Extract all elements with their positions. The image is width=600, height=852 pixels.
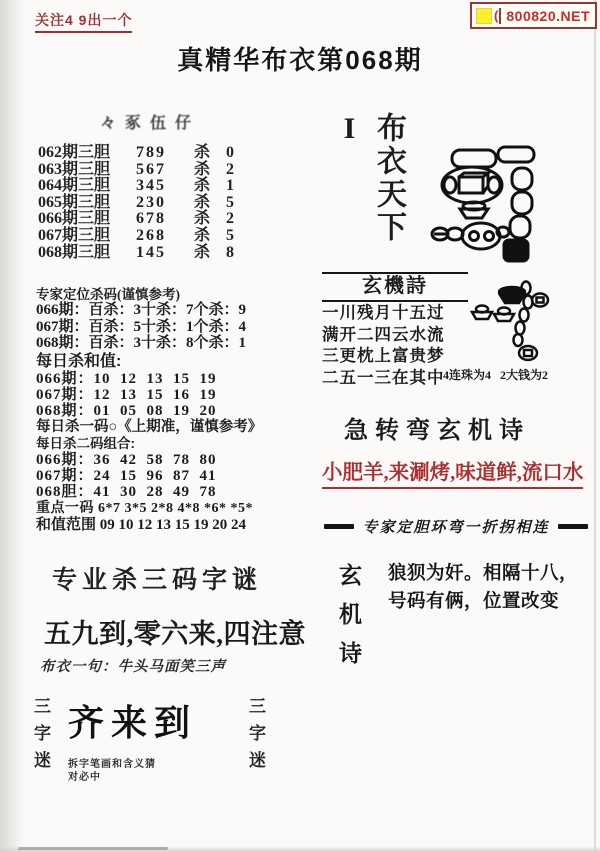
three-char-center: 齐来到 拆字笔画和含义猜 对必中 — [68, 693, 228, 803]
table-row: 068期三胆145杀 8 — [38, 245, 240, 262]
number-cell: 230 — [136, 195, 194, 212]
site-badge-url: 800820.NET — [499, 8, 595, 24]
daily-sum-row: 067期：12 13 15 16 19 — [36, 387, 326, 403]
table-row: 064期三胆345杀 1 — [38, 178, 240, 195]
calligraphy-header: 々豖伍仔 — [100, 110, 200, 133]
number-cell: 145 — [136, 245, 194, 262]
kill-cell: 杀 2 — [194, 211, 240, 228]
buyi-sentence: 布衣一句：牛头马面笑三声 — [40, 655, 226, 676]
three-char-riddle-box: 三字迷 齐来到 拆字笔画和含义猜 对必中 三字迷 — [28, 693, 268, 803]
daily-sum-row: 066期：10 12 13 15 19 — [36, 371, 326, 387]
three-char-note-line1: 拆字笔画和含义猜 — [68, 758, 228, 771]
poem-line: 一川残月十五过 — [322, 302, 468, 324]
poem-line: 三更枕上富贵梦 — [322, 345, 468, 367]
three-char-answer: 齐来到 — [68, 695, 228, 746]
mystery2-line2: 号码有俩，位置改变 — [388, 588, 593, 616]
divider-bar-left — [324, 524, 354, 529]
kill-cell: 杀 5 — [194, 228, 240, 245]
kill-cell: 杀 8 — [194, 245, 240, 262]
daily-two-header: 每日杀二码组合: — [36, 436, 326, 452]
scan-smudge — [18, 847, 168, 850]
three-char-label-left: 三字迷 — [28, 697, 53, 797]
kill-cell: 杀 5 — [194, 195, 240, 212]
position-kill-row: 068期：百杀：3十杀：8个杀：1 — [36, 335, 326, 352]
number-cell: 268 — [136, 228, 194, 245]
number-cell: 567 — [136, 162, 194, 179]
kill-cell: 杀 0 — [194, 145, 240, 162]
divider-bar-right — [558, 524, 588, 529]
number-cell: 678 — [136, 211, 194, 228]
period-cell: 067期三胆 — [38, 228, 136, 245]
mystery-poem-header: 玄機詩 — [322, 272, 468, 302]
period-cell: 064期三胆 — [38, 178, 136, 195]
table-row: 067期三胆268杀 5 — [38, 228, 240, 245]
number-cell: 345 — [136, 178, 194, 195]
mystery2-text: 狼狈为奸。相隔十八， 号码有俩，位置改变 — [388, 560, 593, 616]
yellow-swatch-icon — [476, 8, 492, 24]
riddle-line: 五九到,零六来,四注意 — [44, 612, 306, 651]
divider-note: 专家定胆环弯一折拐相连 — [362, 516, 549, 537]
rebus-graphic-large — [428, 136, 538, 264]
brand-vertical-title: 布衣天下I — [332, 112, 410, 272]
kill-cell: 杀 2 — [194, 162, 240, 179]
daily-two-row: 067期：24 15 96 87 41 — [36, 468, 326, 484]
period-cell: 062期三胆 — [38, 145, 136, 162]
period-cell: 066期三胆 — [38, 211, 136, 228]
period-cell: 068期三胆 — [38, 245, 136, 262]
daily-two-row: 066期：36 42 58 78 80 — [36, 452, 326, 468]
position-kill-row: 067期：百杀：5十杀：1个杀：4 — [36, 319, 326, 336]
scanned-lottery-sheet: 关注4 9出一个 ( 800820.NET 真精华布衣第068期 々豖伍仔 06… — [0, 0, 600, 852]
table-row: 063期三胆567杀 2 — [38, 162, 240, 179]
table-row: 066期三胆678杀 2 — [38, 211, 240, 228]
mystery2-line1: 狼狈为奸。相隔十八， — [388, 560, 593, 588]
turn-poem-title: 急转弯玄机诗 — [344, 410, 530, 445]
key-one-code-line: 重点一码 6*7 3*5 2*8 4*8 *6* *5* — [36, 501, 326, 518]
site-badge-prefix: ( — [494, 8, 498, 23]
site-badge: ( 800820.NET — [470, 2, 597, 29]
period-cell: 065期三胆 — [38, 195, 136, 212]
daily-one-code-line: 每日杀一码○《上期准，谨慎参考》 — [36, 419, 326, 436]
number-cell: 789 — [136, 145, 194, 162]
turn-poem-red-line: 小肥羊,来涮烤,味道鲜,流口水 — [322, 455, 583, 489]
daily-sum-header: 每日杀和值: — [36, 352, 326, 371]
mystery2-vertical-title: 玄机诗 — [332, 563, 365, 743]
table-row: 062期三胆789杀 0 — [38, 145, 240, 162]
kill-analysis-section: 专家定位杀码(谨慎参考) 066期：百杀：3十杀：7个杀：9 067期：百杀：5… — [36, 287, 326, 534]
dan-history-table: 062期三胆789杀 0 063期三胆567杀 2 064期三胆345杀 1 0… — [38, 145, 240, 261]
scan-edge-left — [0, 0, 24, 852]
three-char-note: 拆字笔画和含义猜 对必中 — [68, 758, 228, 784]
page-title: 真精华布衣第068期 — [0, 40, 600, 77]
three-char-label-right: 三字迷 — [243, 697, 268, 797]
kill-cell: 杀 1 — [194, 178, 240, 195]
watch-note: 关注4 9出一个 — [35, 10, 132, 33]
table-row: 065期三胆230杀 5 — [38, 195, 240, 212]
daily-two-row: 068胆：41 30 28 49 78 — [36, 484, 326, 500]
position-kill-header: 专家定位杀码(谨慎参考) — [36, 287, 326, 302]
period-cell: 063期三胆 — [38, 162, 136, 179]
poem-line: 满开二四云水流 — [322, 324, 468, 346]
position-kill-row: 066期：百杀：3十杀：7个杀：9 — [36, 302, 326, 319]
daily-sum-row: 068期：01 05 08 19 20 — [36, 403, 326, 419]
rebus-graphic-small — [462, 268, 556, 364]
riddle-section-title: 专业杀三码字谜 — [52, 560, 262, 596]
expert-divider: 专家定胆环弯一折拐相连 — [322, 516, 590, 537]
three-char-note-line2: 对必中 — [68, 771, 228, 784]
scan-edge-right — [594, 0, 596, 852]
sum-range-line: 和值范围 09 10 12 13 15 19 20 24 — [36, 517, 326, 534]
graphic-caption: 4连珠为4 2大钱为2 — [443, 366, 548, 383]
